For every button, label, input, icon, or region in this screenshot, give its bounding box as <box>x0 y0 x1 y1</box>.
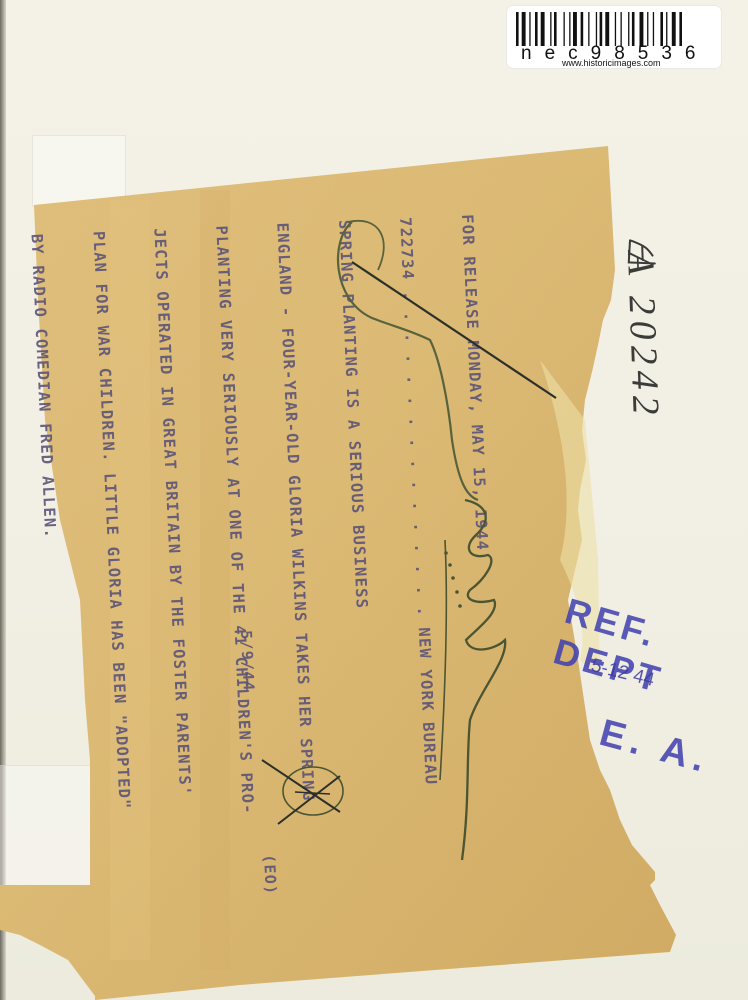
caption-body-line: BY RADIO COMEDIAN FRED ALLEN. <box>27 233 74 823</box>
caption-initials: (EO) <box>238 852 322 897</box>
caption-date: 5/9/44 <box>215 628 300 693</box>
release-header: FOR RELEASE MONDAY, MAY 15, 1944 <box>457 214 504 804</box>
caption-body-line: PLANTING VERY SERIOUSLY AT ONE OF THE 41… <box>211 225 258 815</box>
caption-body-line: PLAN FOR WAR CHILDREN. LITTLE GLORIA HAS… <box>88 231 135 821</box>
typed-caption: FOR RELEASE MONDAY, MAY 15, 1944 722734 … <box>0 212 545 836</box>
caption-body-line: JECTS OPERATED IN GREAT BRITAIN BY THE F… <box>149 228 196 818</box>
caption-body-line: ENGLAND - FOUR-YEAR-OLD GLORIA WILKINS T… <box>272 222 319 812</box>
photo-reference: 722734 . . . . . . . . . . . . . . . . N… <box>395 217 442 807</box>
bureau-code: BU CEP PTH <box>0 236 12 826</box>
caption-headline: SPRING PLANTING IS A SERIOUS BUSINESS <box>334 219 381 809</box>
